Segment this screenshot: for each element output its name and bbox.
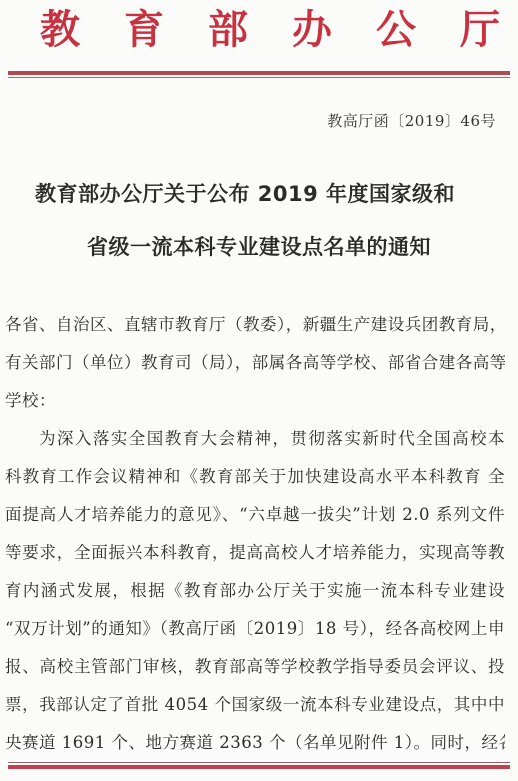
document-number: 教高厅函〔2019〕46号 [327,110,496,131]
letterhead-rule-thin [8,77,510,78]
addressee-line: 各省、自治区、直辖市教育厅（教委），新疆生产建设兵团教育局， [5,306,505,344]
letterhead-char: 育 [124,4,164,56]
document-title-line-1: 教育部办公厅关于公布 2019 年度国家级和 [0,178,504,208]
paragraph-line: “双万计划”的通知》（教高厅函〔2019〕18 号），经各高校网上申 [5,610,505,648]
paragraph-line: 报、高校主管部门审核，教育部高等学校教学指导委员会评议、投 [5,648,505,686]
document-title-line-2: 省级一流本科专业建设点名单的通知 [0,231,518,261]
paragraph-line: 面提高人才培养能力的意见》、“六卓越一拔尖”计划 2.0 系列文件 [5,496,505,534]
letterhead-char: 部 [208,4,248,56]
letterhead-rule-thick [8,71,510,75]
paragraph-line: 科教育工作会议精神和《教育部关于加快建设高水平本科教育 全 [5,458,505,496]
letterhead: 教 育 部 办 公 厅 [40,4,500,56]
letterhead-char: 教 [40,4,80,56]
paragraph-line: 等要求，全面振兴本科教育，提高高校人才培养能力，实现高等教 [5,534,505,572]
letterhead-char: 公 [376,4,416,56]
paragraph-line: 央赛道 1691 个、地方赛道 2363 个（名单见附件 1）。同时，经各省 [5,724,505,762]
document-body: 各省、自治区、直辖市教育厅（教委），新疆生产建设兵团教育局， 有关部门（单位）教… [5,306,505,762]
addressee-line: 学校： [5,382,505,420]
letterhead-char: 办 [292,4,332,56]
paragraph-line: 为深入落实全国教育大会精神，贯彻落实新时代全国高校本 [5,420,505,458]
paragraph-line: 票，我部认定了首批 4054 个国家级一流本科专业建设点，其中中 [5,686,505,724]
footer-rule-thin [8,762,510,763]
paragraph-line: 育内涵式发展，根据《教育部办公厅关于实施一流本科专业建设 [5,572,505,610]
addressee-line: 有关部门（单位）教育司（局），部属各高等学校、部省合建各高等 [5,344,505,382]
letterhead-char: 厅 [460,4,500,56]
footer-rule-thick [8,765,510,769]
